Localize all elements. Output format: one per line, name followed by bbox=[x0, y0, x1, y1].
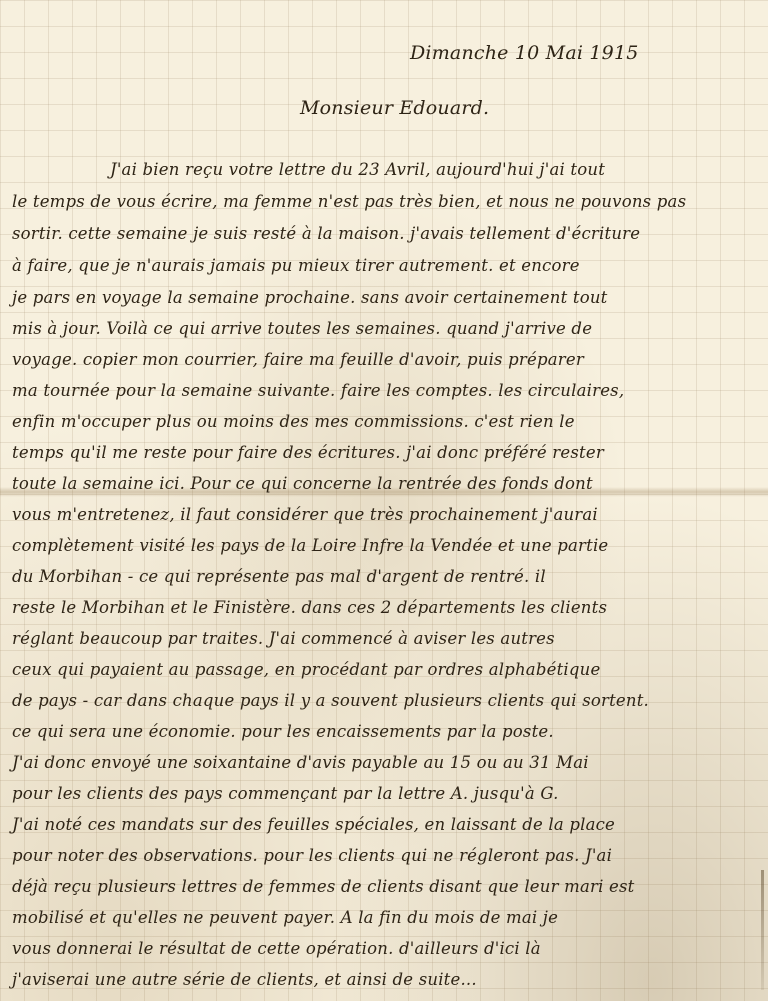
letter-line: reste le Morbihan et le Finistère. dans … bbox=[12, 598, 607, 617]
letter-line: à faire, que je n'aurais jamais pu mieux… bbox=[12, 256, 580, 275]
letter-line: enfin m'occuper plus ou moins des mes co… bbox=[12, 412, 575, 431]
letter-line: du Morbihan - ce qui représente pas mal … bbox=[12, 567, 546, 586]
letter-line: pour noter des observations. pour les cl… bbox=[12, 846, 612, 865]
letter-line: j'aviserai une autre série de clients, e… bbox=[12, 970, 477, 989]
letter-line: J'ai bien reçu votre lettre du 23 Avril,… bbox=[110, 160, 605, 179]
letter-line: J'ai donc envoyé une soixantaine d'avis … bbox=[12, 753, 589, 772]
letter-line: ceux qui payaient au passage, en procéda… bbox=[12, 660, 600, 679]
letter-line: je pars en voyage la semaine prochaine. … bbox=[12, 288, 608, 307]
letter-line: déjà reçu plusieurs lettres de femmes de… bbox=[12, 877, 634, 896]
letter-salutation: Monsieur Edouard. bbox=[300, 97, 489, 119]
letter-line: de pays - car dans chaque pays il y a so… bbox=[12, 691, 649, 710]
letter-line: mobilisé et qu'elles ne peuvent payer. A… bbox=[12, 908, 558, 927]
letter-line: mis à jour. Voilà ce qui arrive toutes l… bbox=[12, 319, 592, 338]
letter-line: pour les clients des pays commençant par… bbox=[12, 784, 559, 803]
letter-line: le temps de vous écrire, ma femme n'est … bbox=[12, 192, 686, 211]
letter-line: réglant beaucoup par traites. J'ai comme… bbox=[12, 629, 555, 648]
letter-line: J'ai noté ces mandats sur des feuilles s… bbox=[12, 815, 615, 834]
letter-page: Dimanche 10 Mai 1915 Monsieur Edouard. J… bbox=[0, 0, 768, 1001]
letter-line: complètement visité les pays de la Loire… bbox=[12, 536, 608, 555]
letter-line: voyage. copier mon courrier, faire ma fe… bbox=[12, 350, 584, 369]
letter-line: ce qui sera une économie. pour les encai… bbox=[12, 722, 554, 741]
paper-edge-stain bbox=[761, 870, 764, 990]
letter-line: sortir. cette semaine je suis resté à la… bbox=[12, 224, 640, 243]
letter-line: vous m'entretenez, il faut considérer qu… bbox=[12, 505, 598, 524]
letter-line: vous donnerai le résultat de cette opéra… bbox=[12, 939, 541, 958]
letter-line: temps qu'il me reste pour faire des écri… bbox=[12, 443, 604, 462]
letter-line: ma tournée pour la semaine suivante. fai… bbox=[12, 381, 624, 400]
letter-line: toute la semaine ici. Pour ce qui concer… bbox=[12, 474, 593, 493]
letter-date: Dimanche 10 Mai 1915 bbox=[410, 42, 639, 64]
